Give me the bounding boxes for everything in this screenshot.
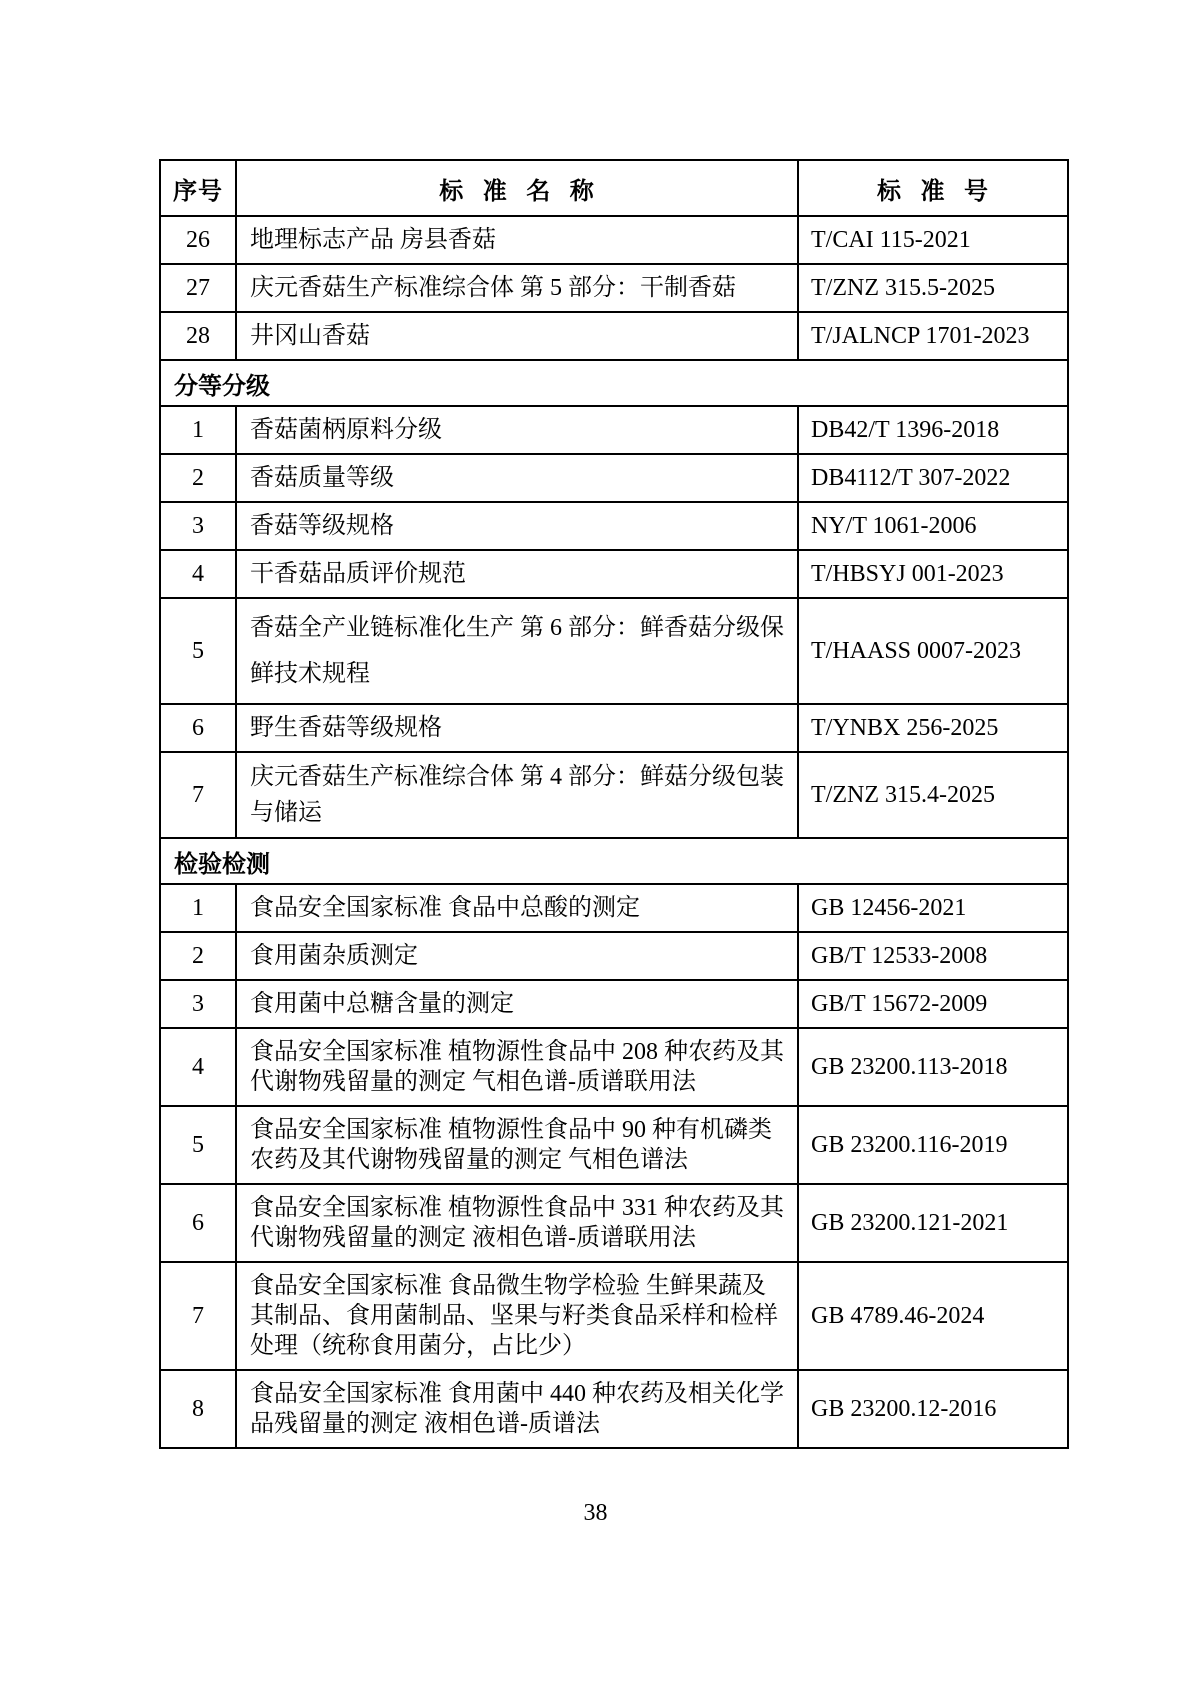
cell-code: DB4112/T 307-2022 [798, 454, 1068, 502]
table-row: 2食用菌杂质测定GB/T 12533-2008 [160, 932, 1068, 980]
section-title: 检验检测 [160, 838, 1068, 884]
cell-code: T/JALNCP 1701-2023 [798, 312, 1068, 360]
cell-serial: 5 [160, 1106, 236, 1184]
cell-code: GB 23200.116-2019 [798, 1106, 1068, 1184]
table-row: 28井冈山香菇T/JALNCP 1701-2023 [160, 312, 1068, 360]
section-row: 检验检测 [160, 838, 1068, 884]
cell-serial: 7 [160, 752, 236, 838]
cell-name: 香菇等级规格 [236, 502, 798, 550]
cell-code: T/ZNZ 315.5-2025 [798, 264, 1068, 312]
cell-code: GB 23200.12-2016 [798, 1370, 1068, 1448]
table-row: 4干香菇品质评价规范T/HBSYJ 001-2023 [160, 550, 1068, 598]
document-page: 序号 标 准 名 称 标 准 号 26地理标志产品 房县香菇T/CAI 115-… [0, 0, 1191, 1684]
table-row: 7庆元香菇生产标准综合体 第 4 部分：鲜菇分级包装与储运T/ZNZ 315.4… [160, 752, 1068, 838]
cell-name: 香菇全产业链标准化生产 第 6 部分：鲜香菇分级保鲜技术规程 [236, 598, 798, 704]
table-row: 6野生香菇等级规格T/YNBX 256-2025 [160, 704, 1068, 752]
cell-name: 庆元香菇生产标准综合体 第 5 部分：干制香菇 [236, 264, 798, 312]
cell-code: T/HBSYJ 001-2023 [798, 550, 1068, 598]
cell-serial: 4 [160, 1028, 236, 1106]
cell-name: 食用菌杂质测定 [236, 932, 798, 980]
cell-code: NY/T 1061-2006 [798, 502, 1068, 550]
cell-name: 食品安全国家标准 植物源性食品中 331 种农药及其代谢物残留量的测定 液相色谱… [236, 1184, 798, 1262]
cell-code: GB 4789.46-2024 [798, 1262, 1068, 1370]
cell-code: T/ZNZ 315.4-2025 [798, 752, 1068, 838]
cell-name: 食品安全国家标准 植物源性食品中 90 种有机磷类农药及其代谢物残留量的测定 气… [236, 1106, 798, 1184]
table-row: 27庆元香菇生产标准综合体 第 5 部分：干制香菇T/ZNZ 315.5-202… [160, 264, 1068, 312]
cell-serial: 8 [160, 1370, 236, 1448]
cell-serial: 2 [160, 932, 236, 980]
cell-name: 地理标志产品 房县香菇 [236, 216, 798, 264]
cell-code: GB 12456-2021 [798, 884, 1068, 932]
cell-code: GB/T 15672-2009 [798, 980, 1068, 1028]
standards-table-body: 26地理标志产品 房县香菇T/CAI 115-202127庆元香菇生产标准综合体… [160, 216, 1068, 1448]
column-header-standard-code: 标 准 号 [798, 160, 1068, 216]
cell-serial: 26 [160, 216, 236, 264]
table-row: 4食品安全国家标准 植物源性食品中 208 种农药及其代谢物残留量的测定 气相色… [160, 1028, 1068, 1106]
table-row: 1香菇菌柄原料分级DB42/T 1396-2018 [160, 406, 1068, 454]
cell-serial: 3 [160, 980, 236, 1028]
cell-name: 食品安全国家标准 食用菌中 440 种农药及相关化学品残留量的测定 液相色谱-质… [236, 1370, 798, 1448]
table-row: 6食品安全国家标准 植物源性食品中 331 种农药及其代谢物残留量的测定 液相色… [160, 1184, 1068, 1262]
cell-name: 庆元香菇生产标准综合体 第 4 部分：鲜菇分级包装与储运 [236, 752, 798, 838]
cell-name: 食品安全国家标准 食品微生物学检验 生鲜果蔬及其制品、食用菌制品、坚果与籽类食品… [236, 1262, 798, 1370]
cell-serial: 27 [160, 264, 236, 312]
standards-table: 序号 标 准 名 称 标 准 号 26地理标志产品 房县香菇T/CAI 115-… [159, 159, 1069, 1449]
cell-code: T/CAI 115-2021 [798, 216, 1068, 264]
table-row: 3食用菌中总糖含量的测定GB/T 15672-2009 [160, 980, 1068, 1028]
cell-serial: 5 [160, 598, 236, 704]
cell-name: 井冈山香菇 [236, 312, 798, 360]
page-number: 38 [0, 1500, 1191, 1527]
cell-serial: 2 [160, 454, 236, 502]
cell-code: GB 23200.113-2018 [798, 1028, 1068, 1106]
cell-code: GB 23200.121-2021 [798, 1184, 1068, 1262]
cell-serial: 3 [160, 502, 236, 550]
column-header-standard-name: 标 准 名 称 [236, 160, 798, 216]
table-row: 26地理标志产品 房县香菇T/CAI 115-2021 [160, 216, 1068, 264]
header-row: 序号 标 准 名 称 标 准 号 [160, 160, 1068, 216]
table-row: 1食品安全国家标准 食品中总酸的测定GB 12456-2021 [160, 884, 1068, 932]
cell-name: 野生香菇等级规格 [236, 704, 798, 752]
table-row: 7食品安全国家标准 食品微生物学检验 生鲜果蔬及其制品、食用菌制品、坚果与籽类食… [160, 1262, 1068, 1370]
cell-name: 食用菌中总糖含量的测定 [236, 980, 798, 1028]
cell-code: DB42/T 1396-2018 [798, 406, 1068, 454]
cell-code: GB/T 12533-2008 [798, 932, 1068, 980]
cell-name: 香菇质量等级 [236, 454, 798, 502]
cell-serial: 6 [160, 704, 236, 752]
cell-serial: 6 [160, 1184, 236, 1262]
cell-serial: 4 [160, 550, 236, 598]
column-header-serial: 序号 [160, 160, 236, 216]
cell-name: 食品安全国家标准 食品中总酸的测定 [236, 884, 798, 932]
table-row: 8食品安全国家标准 食用菌中 440 种农药及相关化学品残留量的测定 液相色谱-… [160, 1370, 1068, 1448]
standards-table-header: 序号 标 准 名 称 标 准 号 [160, 160, 1068, 216]
cell-serial: 1 [160, 406, 236, 454]
table-row: 5食品安全国家标准 植物源性食品中 90 种有机磷类农药及其代谢物残留量的测定 … [160, 1106, 1068, 1184]
cell-name: 食品安全国家标准 植物源性食品中 208 种农药及其代谢物残留量的测定 气相色谱… [236, 1028, 798, 1106]
cell-name: 香菇菌柄原料分级 [236, 406, 798, 454]
section-title: 分等分级 [160, 360, 1068, 406]
cell-serial: 7 [160, 1262, 236, 1370]
cell-serial: 1 [160, 884, 236, 932]
table-row: 2香菇质量等级DB4112/T 307-2022 [160, 454, 1068, 502]
cell-serial: 28 [160, 312, 236, 360]
table-row: 5香菇全产业链标准化生产 第 6 部分：鲜香菇分级保鲜技术规程T/HAASS 0… [160, 598, 1068, 704]
table-row: 3香菇等级规格NY/T 1061-2006 [160, 502, 1068, 550]
cell-name: 干香菇品质评价规范 [236, 550, 798, 598]
cell-code: T/HAASS 0007-2023 [798, 598, 1068, 704]
cell-code: T/YNBX 256-2025 [798, 704, 1068, 752]
section-row: 分等分级 [160, 360, 1068, 406]
